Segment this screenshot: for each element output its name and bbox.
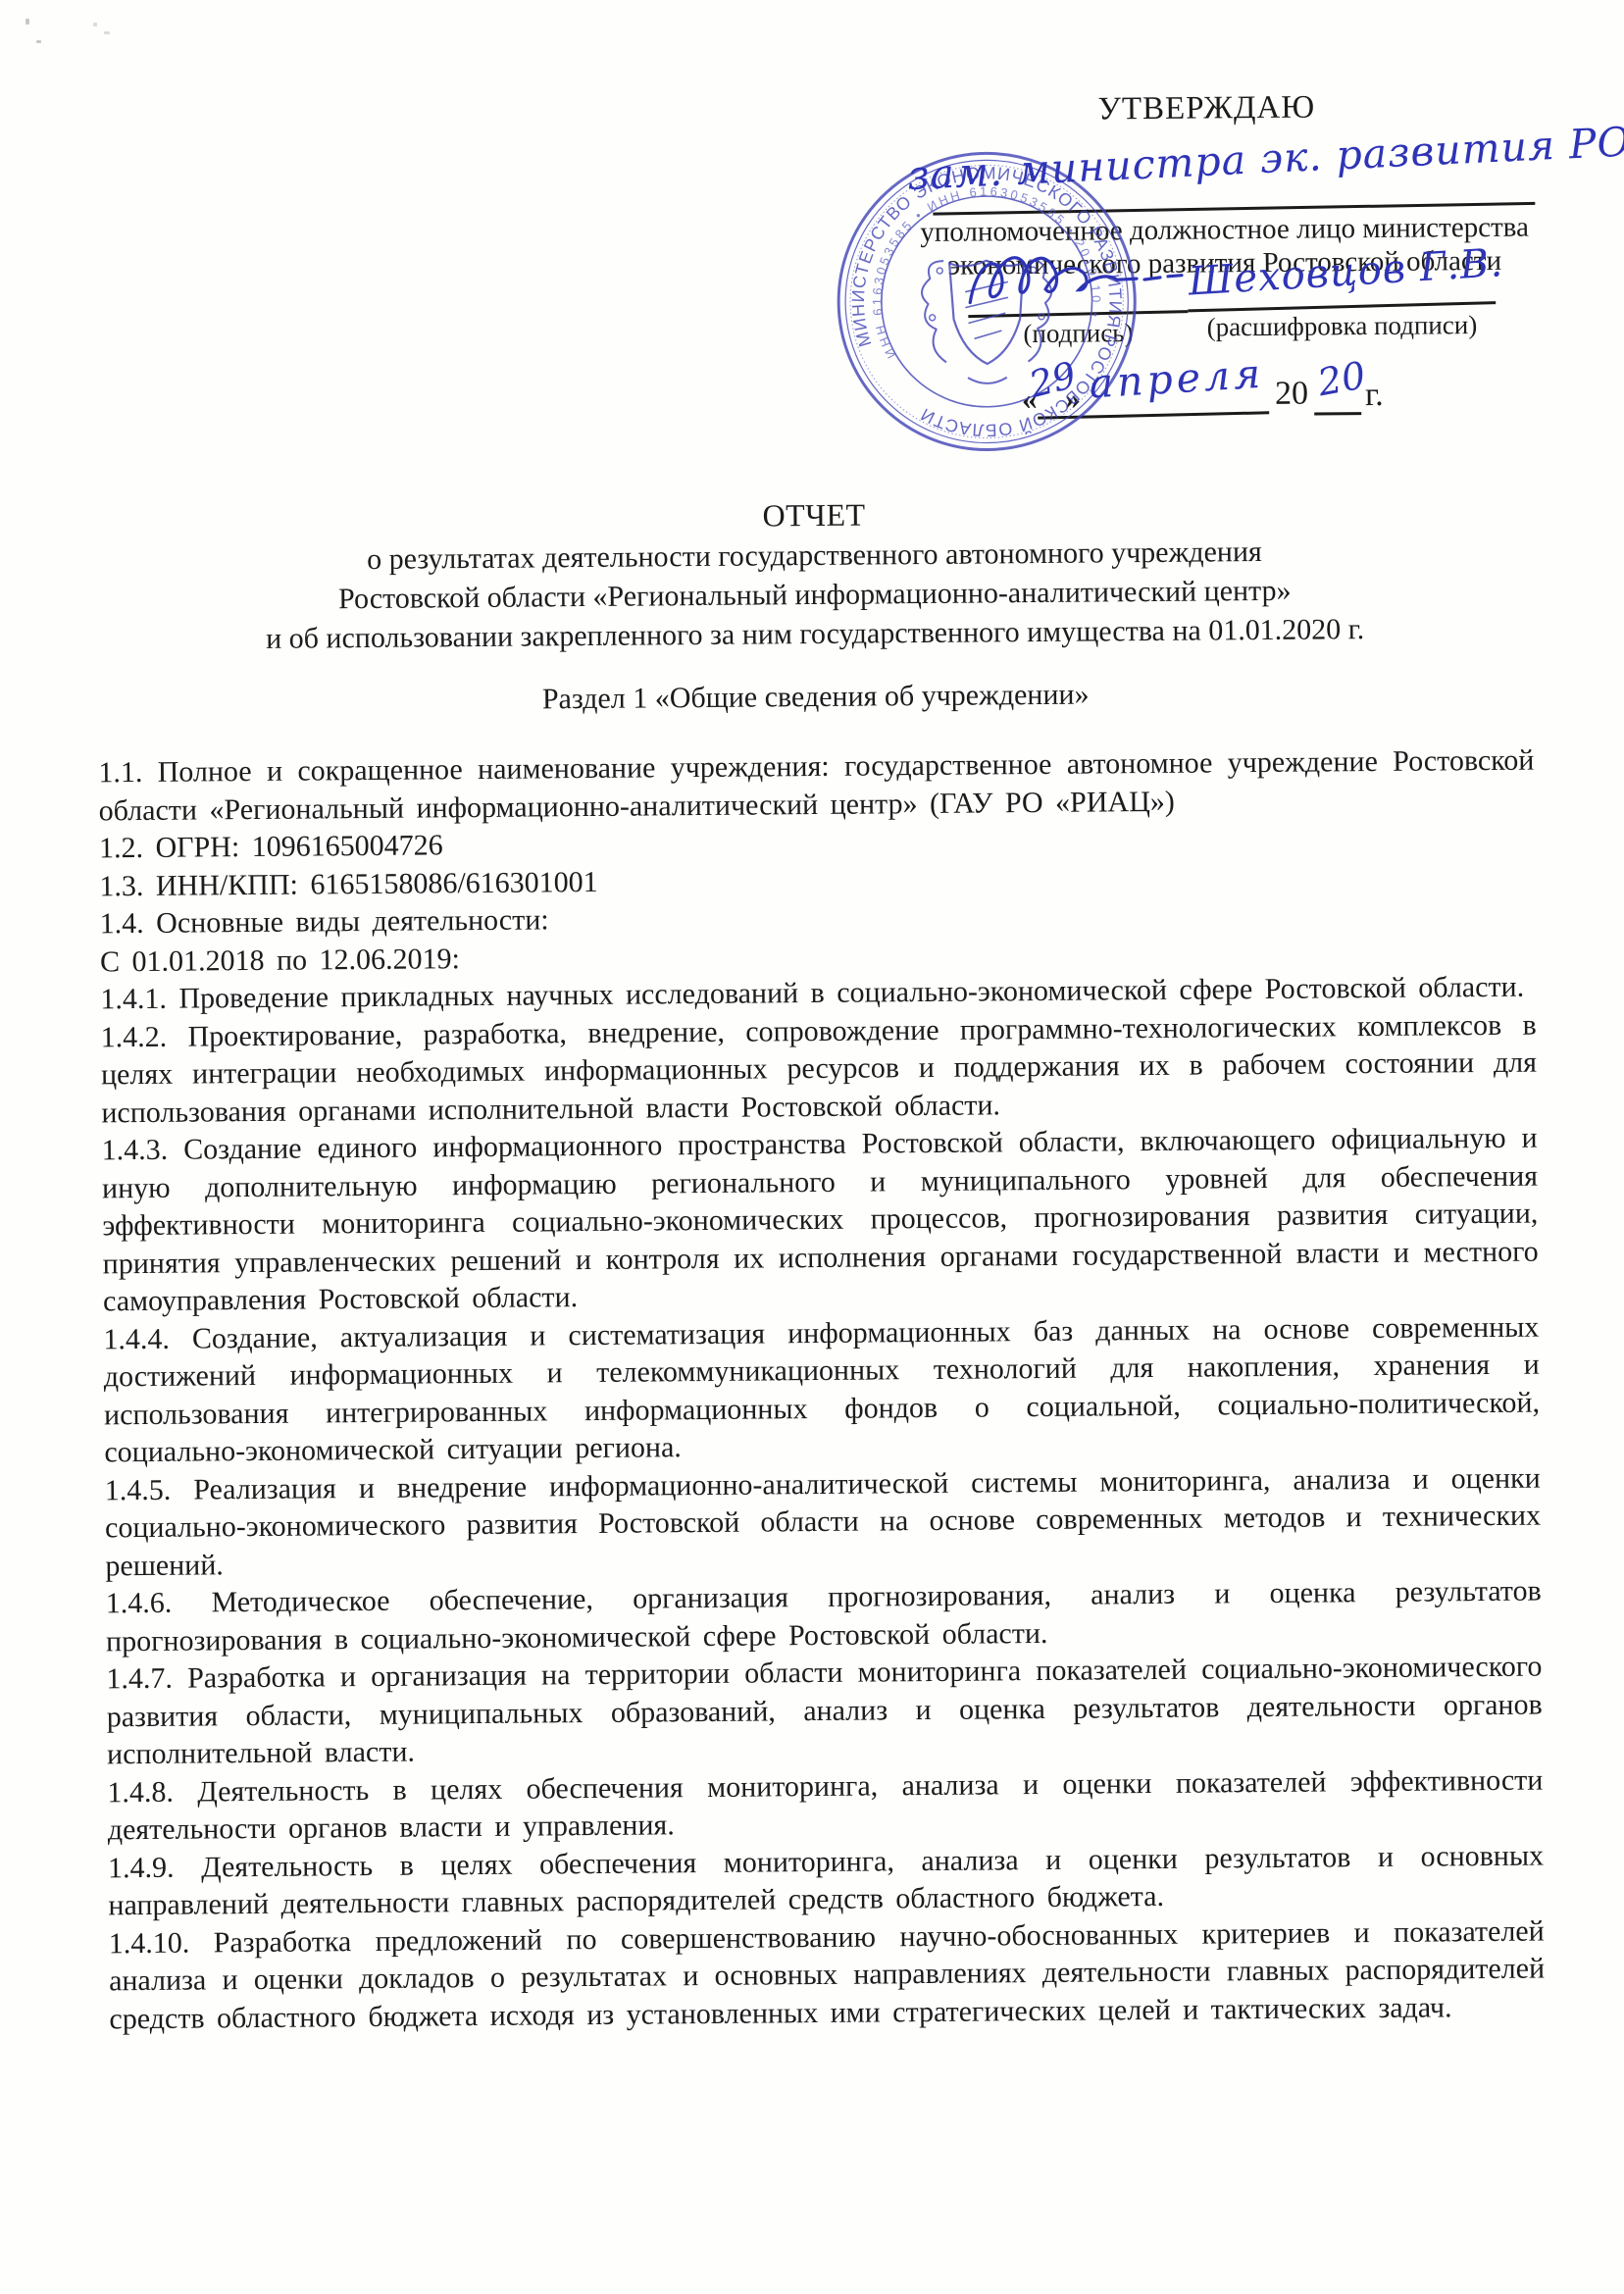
body-paragraph: 1.1. Полное и сокращенное наименование у…	[98, 742, 1535, 831]
body-paragraph: 1.4.3. Создание единого информационного …	[102, 1120, 1540, 1321]
scanned-report-page: УТВЕРЖДАЮ зам. министра эк. развития РО …	[0, 0, 1624, 2294]
body-paragraph: 1.4.2. Проектирование, разработка, внедр…	[101, 1006, 1538, 1132]
approve-label: УТВЕРЖДАЮ	[1097, 90, 1313, 128]
body-paragraph: 1.4.4. Создание, актуализация и системат…	[103, 1308, 1540, 1472]
body-paragraph: 1.4.6. Методическое обеспечение, организ…	[106, 1573, 1543, 1661]
year-underline	[1314, 412, 1361, 415]
approval-block: УТВЕРЖДАЮ зам. министра эк. развития РО …	[0, 0, 1620, 7]
name-caption: (расшифровка подписи)	[1188, 310, 1496, 343]
document-content: УТВЕРЖДАЮ зам. министра эк. развития РО …	[0, 0, 1624, 2294]
body-paragraph: 1.4.5. Реализация и внедрение информацио…	[105, 1459, 1542, 1585]
handwritten-position: зам. министра эк. развития РО	[906, 122, 1555, 199]
body-paragraph: 1.4.9. Деятельность в целях обеспечения …	[108, 1837, 1545, 1925]
handwritten-year: 20	[1314, 353, 1369, 404]
section-heading: Раздел 1 «Общие сведения об учреждении»	[99, 675, 1533, 721]
report-title-block: ОТЧЕТ о результатах деятельности государ…	[97, 487, 1532, 661]
document-body: 1.1. Полное и сокращенное наименование у…	[98, 742, 1545, 2039]
date-year-prefix: 20	[1275, 376, 1308, 413]
body-paragraph: 1.4.7. Разработка и организация на терри…	[106, 1649, 1543, 1774]
signature-scribble-icon	[962, 237, 1210, 326]
handwritten-month: апреля	[1088, 350, 1265, 408]
body-paragraph: 1.4.8. Деятельность в целях обеспечения …	[107, 1761, 1544, 1850]
body-paragraph: 1.4.10. Разработка предложений по соверш…	[109, 1912, 1546, 2038]
